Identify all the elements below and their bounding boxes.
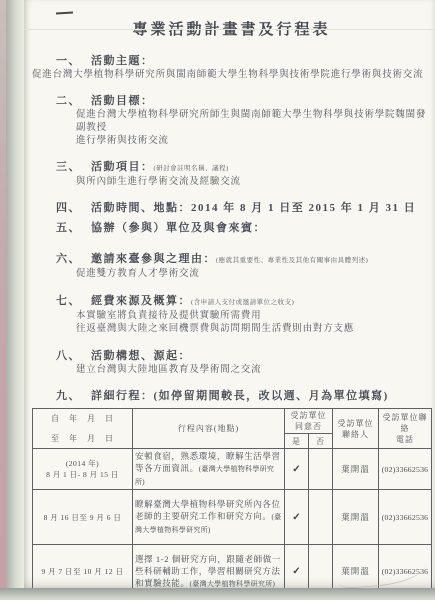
section-title: 活動構想、源起：: [91, 350, 191, 362]
section-number: 三、: [56, 161, 81, 173]
section-heading: 二、活動目標：: [56, 94, 431, 109]
row-contact: 葉開溫: [333, 449, 379, 490]
scan-artifact-hairline: [24, 29, 435, 30]
section-title: 協辦（參與）單位及與會來賓：: [91, 222, 266, 234]
section-activity-theme: 一、活動主題： 促進台灣大學植物科學研究所與閩南師範大學生物科學與技術學院進行學…: [32, 54, 431, 82]
scan-edge-left-inner: [6, 0, 24, 600]
scan-edge-bottom: [0, 588, 435, 600]
section-number: 九、: [56, 390, 81, 402]
section-time-place: 四、活動時間、地點：2014 年 8 月 1 日至 2015 年 1 月 31 …: [32, 201, 431, 216]
section-number: 五、: [56, 222, 81, 234]
section-body-line: 往返臺灣與大陸之來回機票費與訪問期間生活費則由對方支應: [76, 323, 431, 336]
section-activity-items: 三、活動項目：(研討會註明名稱、議程) 與所內師生進行學術交流及經驗交流: [32, 160, 431, 189]
header-phone-line1: 受訪單位聯絡: [381, 412, 429, 434]
section-title: 詳細行程：(如停留期間較長，改以週、月為單位填寫): [91, 390, 389, 402]
row-content: 安頓食宿，熟悉環境，瞭解生活學習等各方面資訊。(臺灣大學植物科學研究所): [133, 449, 285, 490]
row-phone: (02)33662536: [379, 490, 432, 545]
section-number: 二、: [56, 95, 81, 107]
section-activity-concept: 八、活動構想、源起： 建立台灣與大陸地區教育及學術間之交流: [32, 349, 431, 377]
section-budget-source: 七、經費來源及概算：(含申請人支付或邀請單位之收支) 本實驗室將負責接待及提供實…: [32, 294, 431, 336]
row-consent-yes-checkmark: ✓: [285, 449, 309, 490]
section-heading: 九、詳細行程：(如停留期間較長，改以週、月為單位填寫): [56, 389, 431, 404]
row-date-line2: 9 月 7 日至 10 月 12 日: [35, 566, 130, 577]
section-body-line: 進行學術與技術交流: [76, 135, 431, 148]
header-contact-line1: 受訪單位: [335, 418, 376, 429]
row-consent-no: [309, 490, 333, 545]
section-number: 八、: [56, 350, 81, 362]
row-content-place: (臺灣大學植物科學研究所): [190, 580, 276, 588]
section-detailed-itinerary: 九、詳細行程：(如停留期間較長，改以週、月為單位填寫): [32, 389, 431, 404]
row-contact: 葉開溫: [333, 490, 379, 545]
section-body-line: 與所內師生進行學術交流及經驗交流: [76, 176, 431, 189]
document-title: 專業活動計畫書及行程表: [32, 20, 431, 40]
section-title: 經費來源及概算：: [91, 295, 191, 307]
section-invitation-reason: 六、邀請來臺參與之理由：(應就其重要性、專業性及其他有關事由具體列述) 促進雙方…: [32, 252, 431, 281]
row-date: (2014 年) 8 月 1 日- 8 月 15 日: [33, 449, 133, 490]
section-note: (研討會註明名稱、議程): [154, 165, 229, 172]
section-number: 六、: [56, 253, 81, 265]
row-content: 瞭解臺灣大學植物科學研究所內各位老師的主要研究工作和研究方向。(臺灣大學植物科學…: [133, 490, 285, 545]
section-heading: 五、協辦（參與）單位及與會來賓：: [56, 221, 431, 236]
section-title: 活動時間、地點：2014 年 8 月 1 日至 2015 年 1 月 31 日: [91, 202, 416, 214]
scan-artifact-dash: [56, 12, 73, 15]
header-consent-line2: 同意否: [287, 421, 330, 432]
section-body-line: 本實驗室將負責接待及提供實驗所需費用: [76, 310, 431, 323]
header-consent-line1: 受訪單位: [287, 410, 330, 421]
section-body-line: 促進台灣大學植物科學研究所與閩南師範大學生物科學與技術學院進行學術與技術交流: [32, 69, 431, 82]
header-date-from: 自 年 月 日: [35, 413, 130, 425]
row-consent-no: [309, 449, 333, 490]
scanned-page: 專業活動計畫書及行程表 一、活動主題： 促進台灣大學植物科學研究所與閩南師範大學…: [0, 0, 435, 600]
header-consent: 受訪單位 同意否: [285, 409, 333, 434]
section-note: (應就其重要性、專業性及其他有關事由具體列述): [216, 257, 368, 264]
section-heading: 八、活動構想、源起：: [56, 349, 431, 364]
section-number: 四、: [56, 202, 81, 214]
row-date: 8 月 16 日至 9 月 6 日: [33, 490, 133, 545]
header-contact-line2: 聯絡人: [335, 429, 376, 440]
header-date-to: 至 年 月 日: [35, 433, 130, 445]
section-body-line: 建立台灣與大陸地區教育及學術間之交流: [76, 364, 431, 377]
header-phone-line2: 電話: [381, 434, 429, 445]
section-co-organizers: 五、協辦（參與）單位及與會來賓：: [32, 221, 431, 236]
section-title: 邀請來臺參與之理由：: [91, 253, 216, 265]
section-body-line: 促進台灣大學植物科學研究所師生與閩南師範大學生物科學與技術學院魏閩發副教授: [76, 109, 431, 135]
header-phone: 受訪單位聯絡 電話: [379, 409, 432, 449]
section-heading: 四、活動時間、地點：2014 年 8 月 1 日至 2015 年 1 月 31 …: [56, 201, 431, 216]
section-heading: 六、邀請來臺參與之理由：(應就其重要性、專業性及其他有關事由具體列述): [56, 252, 431, 268]
row-content-text: 瞭解臺灣大學植物科學研究所內各位老師的主要研究工作和研究方向。: [135, 499, 281, 521]
section-heading: 三、活動項目：(研討會註明名稱、議程): [56, 160, 431, 176]
header-content: 行程內容(地點): [133, 409, 285, 449]
header-date: 自 年 月 日 至 年 月 日: [33, 409, 133, 449]
section-number: 七、: [56, 295, 81, 307]
row-consent-yes-checkmark: ✓: [285, 490, 309, 545]
section-heading: 七、經費來源及概算：(含申請人支付或邀請單位之收支): [56, 294, 431, 310]
header-consent-yes: 是: [285, 434, 309, 449]
header-contact: 受訪單位 聯絡人: [333, 409, 379, 449]
row-phone: (02)33662536: [379, 449, 432, 490]
itinerary-row: (2014 年) 8 月 1 日- 8 月 15 日 安頓食宿，熟悉環境，瞭解生…: [33, 449, 432, 490]
header-consent-no: 否: [309, 434, 333, 449]
section-title: 活動項目：: [91, 161, 154, 173]
section-activity-goal: 二、活動目標： 促進台灣大學植物科學研究所師生與閩南師範大學生物科學與技術學院魏…: [32, 94, 431, 148]
row-date-line1: (2014 年): [35, 458, 130, 469]
document-paper: 專業活動計畫書及行程表 一、活動主題： 促進台灣大學植物科學研究所與閩南師範大學…: [24, 0, 435, 588]
section-body-line: 促進雙方教育人才學術交流: [76, 268, 431, 281]
itinerary-row: 8 月 16 日至 9 月 6 日 瞭解臺灣大學植物科學研究所內各位老師的主要研…: [33, 490, 432, 545]
row-date-line2: 8 月 16 日至 9 月 6 日: [35, 512, 130, 523]
section-heading: 一、活動主題：: [56, 54, 431, 69]
row-date-line2: 8 月 1 日- 8 月 15 日: [35, 469, 130, 480]
section-title: 活動主題：: [91, 55, 154, 67]
section-note: (含申請人支付或邀請單位之收支): [191, 299, 294, 306]
section-number: 一、: [56, 55, 81, 67]
section-title: 活動目標：: [91, 95, 154, 107]
